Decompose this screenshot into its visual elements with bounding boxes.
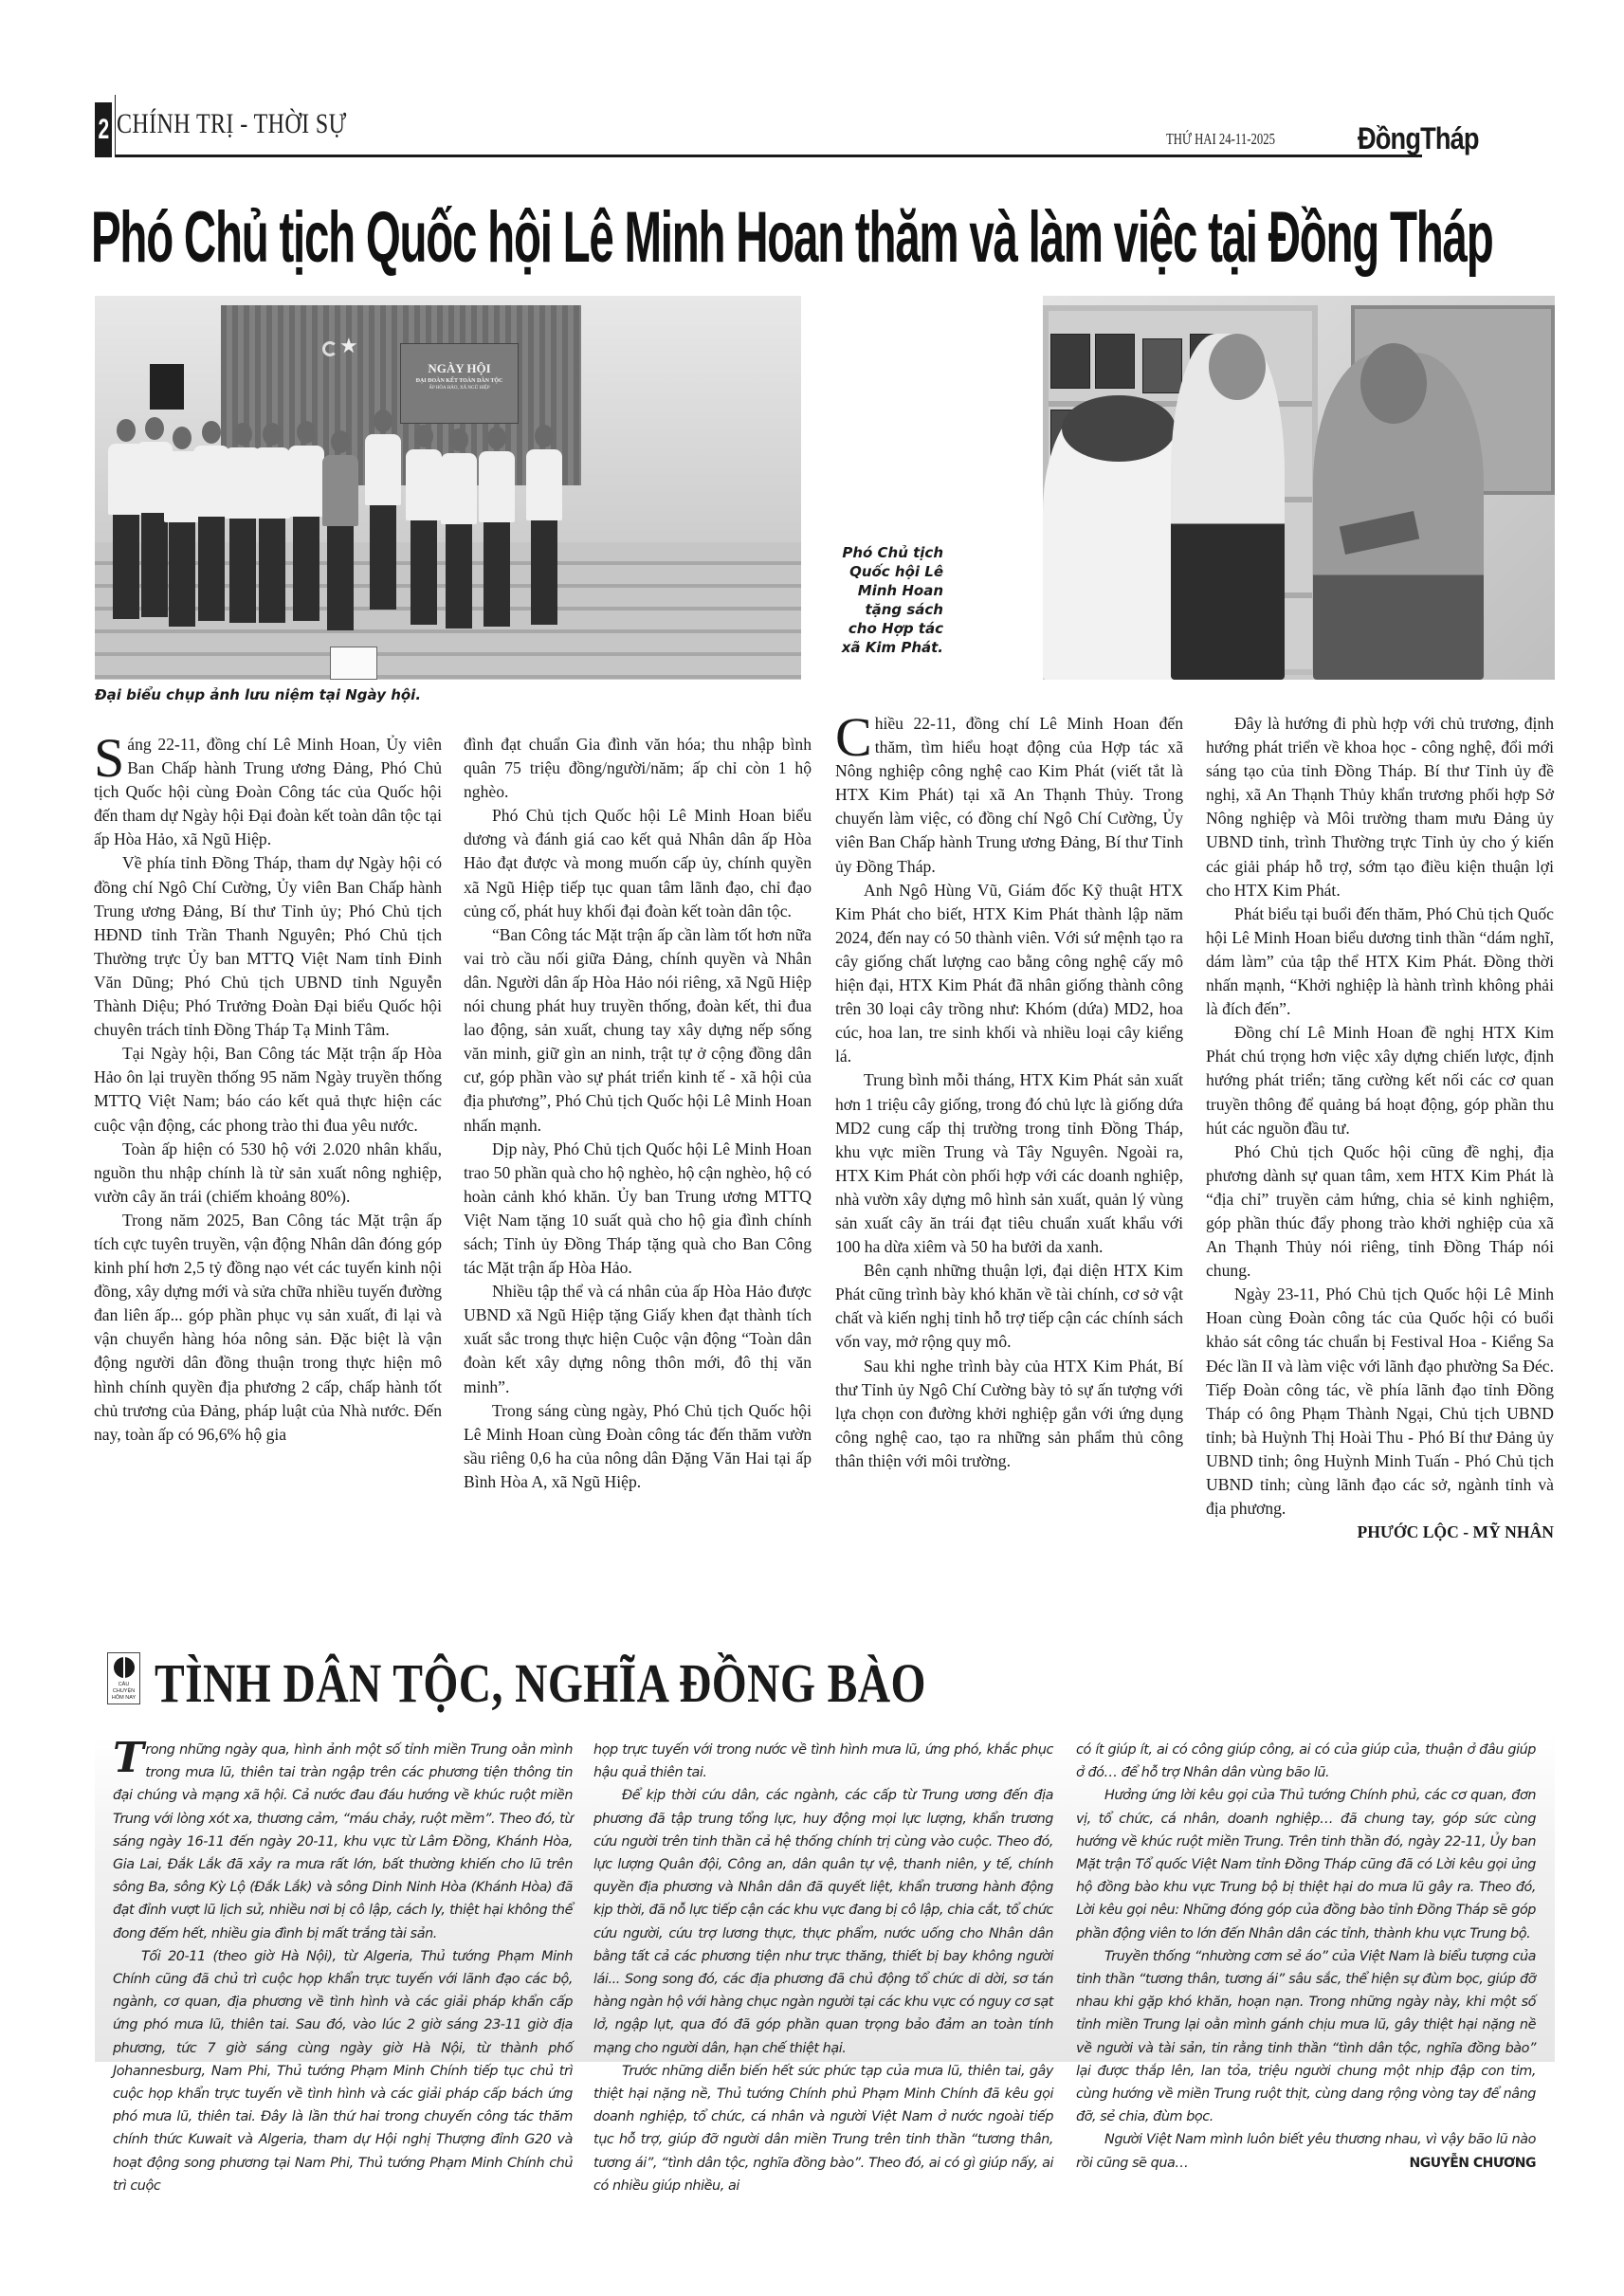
- person: [526, 425, 562, 638]
- photo-2-caption: Phó Chủ tịch Quốc hội Lê Minh Hoan tặng …: [839, 543, 943, 657]
- article-column-1: Sáng 22-11, đồng chí Lê Minh Hoan, Ủy vi…: [94, 733, 442, 1447]
- person-vice-chairman-head: [1360, 343, 1427, 424]
- masthead-logo: ĐồngTháp: [1358, 121, 1479, 156]
- commentary-title: TÌNH DÂN TỘC, NGHĨA ĐỒNG BÀO: [155, 1653, 926, 1714]
- person: [441, 428, 477, 642]
- person: [288, 421, 324, 634]
- article-byline: PHƯỚC LỘC - MỸ NHÂN: [1206, 1521, 1554, 1544]
- commentary-byline: NGUYỄN CHƯƠNG: [1381, 2152, 1537, 2175]
- person: [365, 410, 401, 623]
- commentary-column-1: Trong những ngày qua, hình ảnh một số tỉ…: [113, 1739, 573, 2197]
- dropcap: T: [113, 1739, 143, 1777]
- photo-book-gift: [1043, 296, 1555, 680]
- person-man-glasses-head: [1209, 334, 1266, 400]
- photo-group-portrait: ★ NGÀY HỘI ĐẠI ĐOÀN KẾT TOÀN DÂN TỘC ẤP …: [95, 296, 801, 680]
- article-column-3: Chiều 22-11, đồng chí Lê Minh Hoan đến t…: [835, 712, 1183, 1473]
- person: [254, 423, 290, 636]
- issue-date: THỨ HAI 24-11-2025: [1166, 130, 1275, 149]
- tv-screen: [150, 364, 184, 410]
- book: [1050, 334, 1090, 389]
- article-headline: Phó Chủ tịch Quốc hội Lê Minh Hoan thăm …: [91, 197, 933, 279]
- section-label: CHÍNH TRỊ - THỜI SỰ: [117, 108, 347, 140]
- dropcap: S: [94, 733, 124, 780]
- header-divider: [115, 95, 116, 157]
- commentary-column-3: có ít giúp ít, ai có công giúp công, ai …: [1076, 1739, 1536, 2175]
- dropcap: C: [835, 712, 872, 759]
- book: [1095, 334, 1135, 389]
- photo-1-caption: Đại biểu chụp ảnh lưu niệm tại Ngày hội.: [95, 686, 421, 703]
- globe-pen-icon: [114, 1657, 135, 1678]
- person: [479, 427, 515, 640]
- hammer-sickle-icon: [322, 341, 338, 356]
- header-rule: [116, 155, 1422, 157]
- name-placard: [330, 647, 377, 680]
- person: [322, 430, 358, 644]
- event-banner: NGÀY HỘI ĐẠI ĐOÀN KẾT TOÀN DÂN TỘC ẤP HÒ…: [400, 343, 519, 424]
- star-icon: ★: [339, 334, 358, 358]
- book: [1142, 338, 1182, 393]
- page-number: 2: [95, 102, 112, 157]
- column-logo: CÂU CHUYỆN HÔM NAY: [107, 1652, 140, 1704]
- person: [406, 425, 442, 638]
- article-column-2: đình đạt chuẩn Gia đình văn hóa; thu nhậ…: [464, 733, 812, 1494]
- article-column-4: Đây là hướng đi phù hợp với chủ trương, …: [1206, 712, 1554, 1544]
- person-woman-hair: [1062, 395, 1176, 462]
- commentary-column-2: họp trực tuyến với trong nước về tình hì…: [593, 1739, 1053, 2197]
